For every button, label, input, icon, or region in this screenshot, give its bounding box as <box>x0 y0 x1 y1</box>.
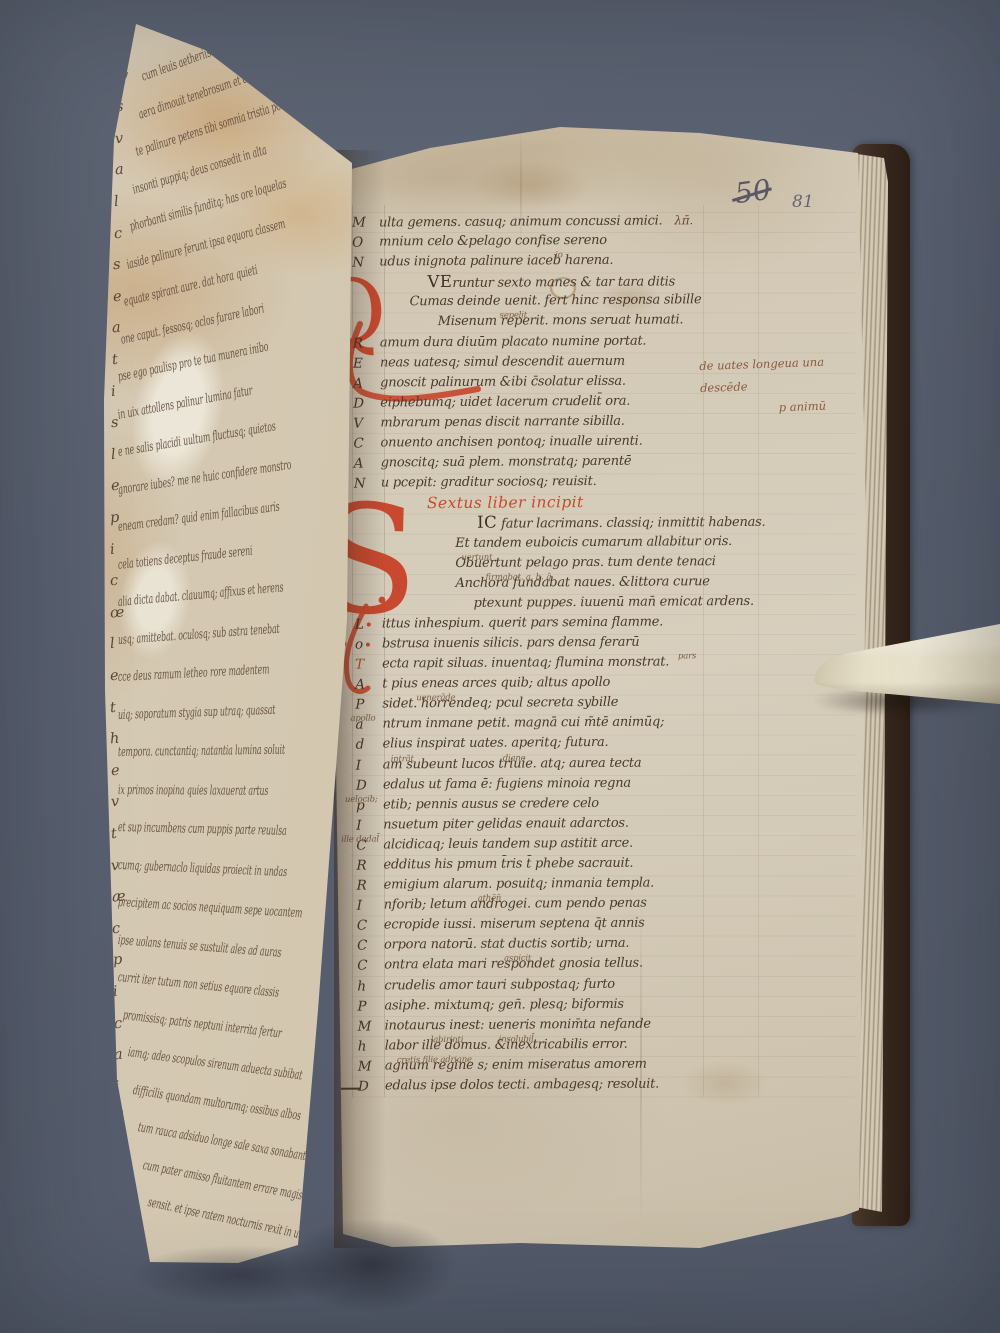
line-text: Sextus liber incipit <box>427 493 584 512</box>
manuscript-photo: 50 81 de uates longeua una descēde p ani… <box>0 0 1000 1333</box>
display-capitals: VE <box>427 272 452 291</box>
display-capitals: IC <box>477 513 497 532</box>
line-text: gnoscit palinurum &ibi c̄solatur elissa. <box>380 374 626 391</box>
line-text: crudelis amor tauri subpostaq; furto <box>384 976 615 993</box>
verso-manuscript-line: iamq; adeo scopulos sirenum aduecta subi… <box>127 1045 303 1083</box>
vertical-inscription-letter: s <box>110 415 119 432</box>
vertical-inscription-letter: i <box>111 383 117 399</box>
vertical-inscription-letter: a <box>112 320 122 337</box>
interlinear-gloss: sepelit <box>500 306 527 326</box>
vertical-inscription-letter: e <box>110 762 120 779</box>
vertical-inscription-letter: d <box>115 1110 126 1127</box>
vertical-inscription-letter: s <box>112 257 121 274</box>
verso-manuscript-line: cumq; gubernaclo liquidas proiecit in un… <box>118 858 288 880</box>
verso-manuscript-line: tum rauca adsiduo longe sale saxa sonaba… <box>137 1120 307 1164</box>
line-text: runtur sexto manes & tar tara ditis <box>452 275 675 292</box>
line-text: ecta rapit siluas. inuentaq; flumina mon… <box>382 655 669 672</box>
interlinear-gloss: pars <box>678 646 696 666</box>
vertical-inscription-letter: c <box>113 1015 122 1032</box>
line-text: u pcepit: graditur sociosq; reuisit. <box>381 474 597 491</box>
manuscript-line: Dedalus ipse dolos tecti. ambagesq; reso… <box>355 1073 835 1096</box>
line-text: ptexunt puppes. iuuenū man̄ emicat arden… <box>474 594 754 611</box>
vertical-inscription-letter: t <box>110 826 117 842</box>
verso-manuscript-line: equate spirant aure. dat hora quieti <box>122 263 259 310</box>
vertical-inscription-letter: e <box>112 288 122 305</box>
verso-manuscript-line: et sup incumbens cum puppis parte reuuls… <box>118 820 287 839</box>
line-text: ittus inhespium. querit pars semina flam… <box>382 614 663 631</box>
verso-manuscript-line: uiq; soporatum stygia sup utraq; quassat <box>118 702 276 722</box>
vertical-inscription-letter: c <box>109 573 118 590</box>
vertical-inscription-letter: l <box>110 447 116 463</box>
vertical-inscription-letter: a <box>113 1047 123 1064</box>
vertical-inscription-letter: v <box>115 130 125 147</box>
vertical-inscription-letter: t <box>111 352 118 368</box>
line-text: bstrusa inuenis silicis. pars densa fera… <box>382 635 640 652</box>
vertical-inscription-letter: œ <box>109 604 125 621</box>
verso-manuscript-line: ix primos inopina quies laxauerat artus <box>118 783 268 799</box>
interlinear-gloss: labirinti <box>431 1030 464 1050</box>
interlinear-gloss: athēn̄ <box>478 889 502 909</box>
line-text: elius inspirat uates. aperitq; futura. <box>383 735 609 752</box>
verso-manuscript-line: cce deus ramum letheo rore madentem <box>118 662 270 685</box>
interlinear-gloss: uertunt <box>461 547 492 567</box>
vertical-inscription-letter: v <box>110 794 120 811</box>
line-text: nsuetum piter gelidas enauit adarctos. <box>383 816 629 833</box>
line-text: Cumas deinde uenit. fert hinc responsa s… <box>409 293 701 310</box>
interlinear-gloss: aspicit <box>504 949 531 969</box>
line-text: ntrum inmane petit. magnā cui m̄tē animū… <box>382 715 664 732</box>
interlinear-gloss: uenerāde <box>416 688 455 708</box>
vertical-inscription-letter: l <box>113 194 119 210</box>
line-text: edditus his pmum t̄ris t̄ phebe sacrauit… <box>383 856 633 873</box>
vertical-inscription-letter: i <box>114 1079 120 1095</box>
vertical-inscription-letter: i <box>112 984 118 1000</box>
vertical-inscription-letter: p <box>112 952 123 969</box>
verso-manuscript-line: cum leuis aetheriis delapsus somnus ab a… <box>139 10 310 84</box>
line-text: udus inignota palinure iaceb harena. <box>379 253 613 270</box>
vertical-inscription-letter: a <box>114 162 124 179</box>
vertical-inscription-letter: æ <box>111 889 126 906</box>
vertical-inscription-letter: o <box>116 1173 126 1190</box>
vertical-inscription-letter: t <box>110 699 117 715</box>
line-text: fatur lacrimans. classiq; inmittit haben… <box>497 515 765 532</box>
vertical-inscription-letter: c <box>113 225 122 242</box>
verso-manuscript-line: currit iter tutum non setius equore clas… <box>117 970 279 1001</box>
recto-text-block: Multa gemens. casuq; animum concussi ami… <box>349 209 835 1096</box>
parchment-stain <box>470 160 590 210</box>
interlinear-gloss: insolubil̄ <box>499 1029 534 1049</box>
vertical-inscription-letter: i <box>109 541 115 557</box>
verso-manuscript-line: tempora. cunctantiq; natantia lumina sol… <box>118 743 285 760</box>
line-text: onuento anchisen pontoq; inualle uirenti… <box>380 434 642 451</box>
vertical-inscription-letter: c <box>112 920 121 937</box>
line-text: mnium celo &pelago confise sereno <box>379 233 607 250</box>
line-text: edalus ipse dolos tecti. ambagesq; resol… <box>385 1077 659 1094</box>
line-text: Misenum reperit. mons seruat humati. <box>438 313 684 330</box>
verso-manuscript-line: difficilis quondam multorumq; ossibus al… <box>132 1083 302 1124</box>
vertical-inscription-letter: s <box>116 1205 125 1222</box>
verso-manuscript-line: sensit. et ipse ratem nocturnis rexit in… <box>146 1195 315 1245</box>
line-text: amum dura diuūm placato numine portat. <box>380 333 647 350</box>
line-text: neas uatesq; simul descendit auernum <box>380 353 625 370</box>
line-text: alcidicaq; leuis tandem sup astitit arce… <box>383 836 633 853</box>
vertical-inscription-letter: p <box>110 510 121 527</box>
line-text: etib; pennis ausus se credere celo <box>383 796 599 813</box>
vertical-inscription-letter: e <box>110 478 120 495</box>
line-text: ecropide iussi. miserum septena q̄t anni… <box>384 916 645 933</box>
line-text: mbrarum penas discit narrante sibilla. <box>380 414 624 431</box>
line-text: nforib; letum androgei. cum pendo penas <box>384 896 647 913</box>
line-text: gnoscitq; suā plem. monstratq; parentē <box>381 454 632 471</box>
interlinear-gloss: firmabat. a. b. q̄ <box>485 567 551 588</box>
verso-manuscript-line: promissisq; patris neptuni interrita fer… <box>122 1008 282 1042</box>
vertical-inscription-letter: r <box>115 1142 123 1159</box>
vertical-inscription-letter: w <box>116 67 130 84</box>
vertical-inscription-letter: s <box>115 99 124 116</box>
interlinear-gloss: cretis filie adriane <box>397 1050 472 1071</box>
line-text: ulta gemens. casuq; animum concussi amic… <box>379 213 663 230</box>
line-text: Et tandem euboicis cumarum allabitur ori… <box>455 534 732 551</box>
verso-manuscript-line: eneam credam? quid enim fallacibus auris <box>117 500 280 535</box>
interlinear-gloss: intrāt <box>391 749 414 769</box>
vertical-inscription-letter: l <box>116 36 122 52</box>
line-text: emigium alarum. posuitq; inmania templa. <box>384 876 654 893</box>
interlinear-gloss: io <box>555 245 563 265</box>
interlinear-gloss: diane <box>503 748 526 768</box>
marginal-nota: λπ̄. <box>674 213 693 227</box>
line-text: asiphe. mixtumq; gen̄. plesq; biformis <box>384 996 623 1013</box>
verso-manuscript-line: ipse uolans tenuis se sustulit ales ad a… <box>117 933 281 961</box>
verso-manuscript-line: precipitem ac socios nequiquam sepe uoca… <box>118 895 303 921</box>
vertical-inscription-letter: e <box>109 668 119 685</box>
folio-number-crossed-out: 50 <box>733 173 772 210</box>
line-text: eiphebumq; uidet lacerum crudelit̄ ora. <box>380 394 630 411</box>
line-text: edalus ut fama ē: fugiens minoia regna <box>383 775 631 792</box>
vertical-inscription-letter: h <box>110 731 121 748</box>
vertical-inscription-letter: l <box>109 636 115 652</box>
book-bottom-shadow <box>130 1245 350 1305</box>
